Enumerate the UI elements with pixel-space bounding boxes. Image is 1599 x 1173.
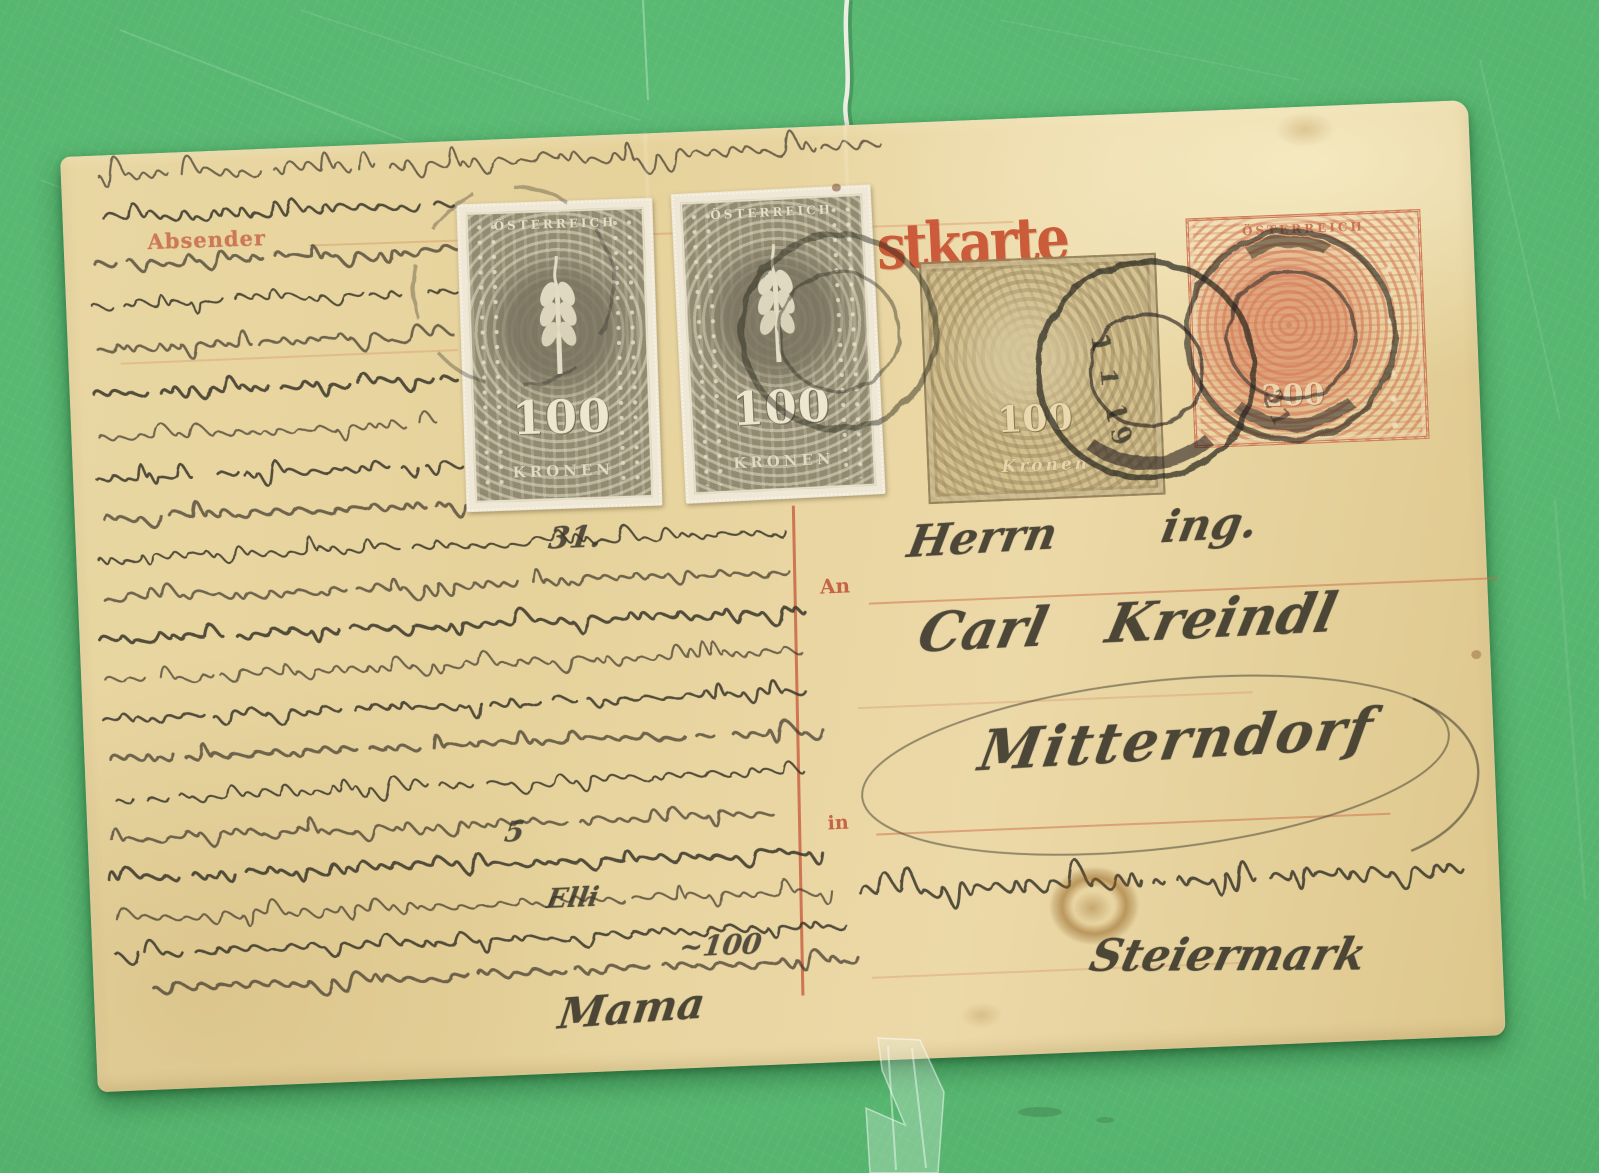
postmark-circle [776, 269, 901, 394]
sleeve-scratch [643, 0, 648, 100]
postmark-circle [738, 231, 940, 433]
postmark-circle [1225, 269, 1358, 402]
postcard: Absender stkarte An in 100 Kronen ÖSTERR… [60, 100, 1506, 1092]
white-thread [845, 0, 848, 132]
postmark-circle [1034, 258, 1259, 483]
postmark-circle [1194, 238, 1389, 433]
photo-scene: Absender stkarte An in 100 Kronen ÖSTERR… [0, 0, 1599, 1173]
postmark-circle [410, 183, 618, 391]
postmark-layer: 1 1 19 21 [60, 100, 1506, 1092]
postmark-circle [1050, 274, 1243, 467]
